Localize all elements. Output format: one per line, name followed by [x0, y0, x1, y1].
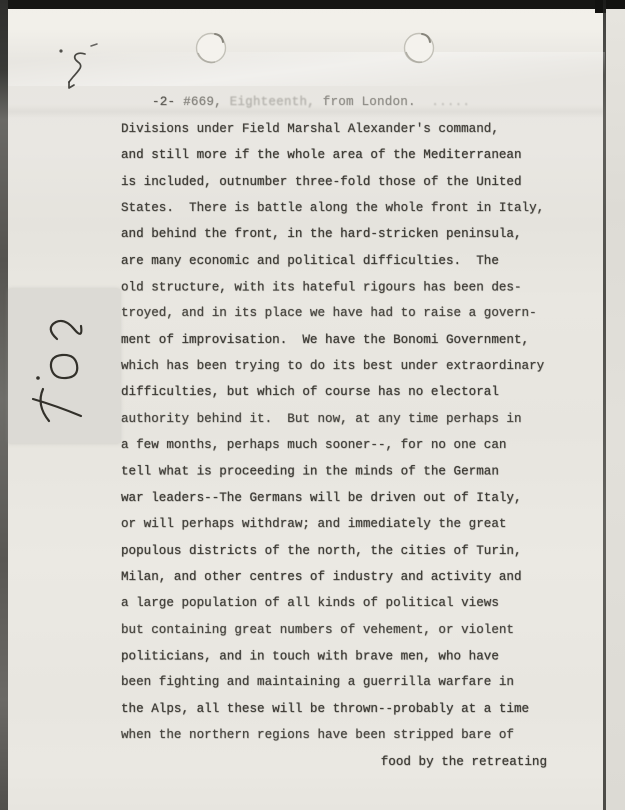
text-line: and still more if the whole area of the … [121, 142, 547, 168]
text-line: Milan, and other centres of industry and… [121, 564, 547, 590]
text-line: States. There is battle along the whole … [121, 195, 547, 221]
pen-scribble-icon [55, 42, 101, 94]
text-line: been fighting and maintaining a guerrill… [121, 669, 547, 695]
page-number: -2- [152, 95, 183, 109]
text-line: difficulties, but which of course has no… [121, 379, 547, 405]
text-line: when the northern regions have been stri… [121, 722, 547, 748]
text-line: war leaders--The Germans will be driven … [121, 485, 547, 511]
text-line: ment of improvisation. We have the Bonom… [121, 327, 547, 353]
trailing-line: food by the retreating [121, 749, 547, 775]
text-line: or will perhaps withdraw; and immediatel… [121, 511, 547, 537]
text-line: and behind the front, in the hard-strick… [121, 221, 547, 247]
scanned-document-page: -2- #669, Eighteenth, from London. .....… [0, 0, 625, 810]
header-origin: from London. [323, 95, 416, 109]
header-date-word: Eighteenth, [230, 95, 323, 109]
text-line: the Alps, all these will be thrown--prob… [121, 696, 547, 722]
punch-hole-icon [193, 26, 229, 68]
text-line: tell what is proceeding in the minds of … [121, 459, 547, 485]
text-line: Divisions under Field Marshal Alexander'… [121, 116, 547, 142]
text-line: politicians, and in touch with brave men… [121, 643, 547, 669]
scan-edge-right-strip [606, 9, 625, 810]
text-line: are many economic and political difficul… [121, 248, 547, 274]
text-line: but containing great numbers of vehement… [121, 617, 547, 643]
handwritten-number [25, 293, 91, 433]
scan-edge-top [0, 0, 625, 9]
text-line: a few months, perhaps much sooner--, for… [121, 432, 547, 458]
text-line: which has been trying to do its best und… [121, 353, 547, 379]
text-line: populous districts of the north, the cit… [121, 538, 547, 564]
text-line: a large population of all kinds of polit… [121, 590, 547, 616]
punch-hole-icon [401, 26, 437, 68]
text-line: troyed, and in its place we have had to … [121, 300, 547, 326]
typed-body: Divisions under Field Marshal Alexander'… [121, 116, 547, 748]
text-line: old structure, with its hateful rigours … [121, 275, 547, 301]
dispatch-number: #669, [183, 95, 230, 109]
scan-edge-left [0, 0, 8, 810]
text-line: authority behind it. But now, at any tim… [121, 406, 547, 432]
header-illegible: ..... [416, 95, 470, 109]
text-line: is included, outnumber three-fold those … [121, 169, 547, 195]
